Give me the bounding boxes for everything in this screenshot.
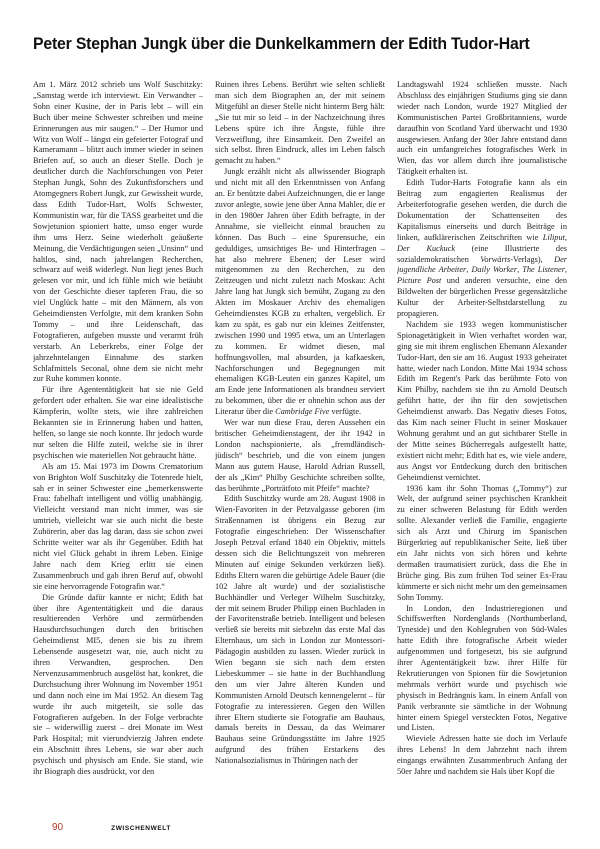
paragraph: Ruinen ihres Lebens. Berührt wie selten … (215, 80, 385, 167)
paragraph: Nachdem sie 1933 wegen kommunistischer S… (397, 320, 567, 484)
paragraph: Wieviele Adressen hatte sie doch im Verl… (397, 734, 567, 778)
page-number: 90 (52, 822, 63, 833)
paragraph: Edith Tudor-Harts Fotografie kann als ei… (397, 178, 567, 320)
paragraph: Die Gründe dafür kannte er nicht; Edith … (33, 593, 203, 778)
paragraph: 1936 kam ihr Sohn Thomas („Tommy“) zur W… (397, 484, 567, 604)
paragraph: Edith Suschitzky wurde am 28. August 190… (215, 494, 385, 767)
paragraph: Landtagswahl 1924 schließen musste. Nach… (397, 80, 567, 178)
paragraph: Wer war nun diese Frau, deren Aussehen e… (215, 418, 385, 494)
paragraph: Für ihre Agententätigkeit hat sie nie Ge… (33, 385, 203, 461)
text-column-1: Am 1. März 2012 schrieb uns Wolf Suschit… (33, 80, 203, 792)
text-columns: Am 1. März 2012 schrieb uns Wolf Suschit… (33, 80, 567, 792)
text-column-2: Ruinen ihres Lebens. Berührt wie selten … (215, 80, 385, 792)
text-column-3: Landtagswahl 1924 schließen musste. Nach… (397, 80, 567, 792)
journal-name: ZWISCHENWELT (111, 825, 171, 832)
paragraph: Jungk erzählt nicht als allwissender Bio… (215, 167, 385, 418)
page-footer: 90 ZWISCHENWELT (52, 822, 171, 833)
paragraph: Am 1. März 2012 schrieb uns Wolf Suschit… (33, 80, 203, 385)
article-title: Peter Stephan Jungk über die Dunkelkamme… (33, 34, 530, 54)
paragraph: In London, den Industrieregionen und Sch… (397, 604, 567, 735)
paragraph: Als am 15. Mai 1973 im Downs Crematorium… (33, 462, 203, 593)
magazine-page: Peter Stephan Jungk über die Dunkelkamme… (0, 0, 600, 849)
